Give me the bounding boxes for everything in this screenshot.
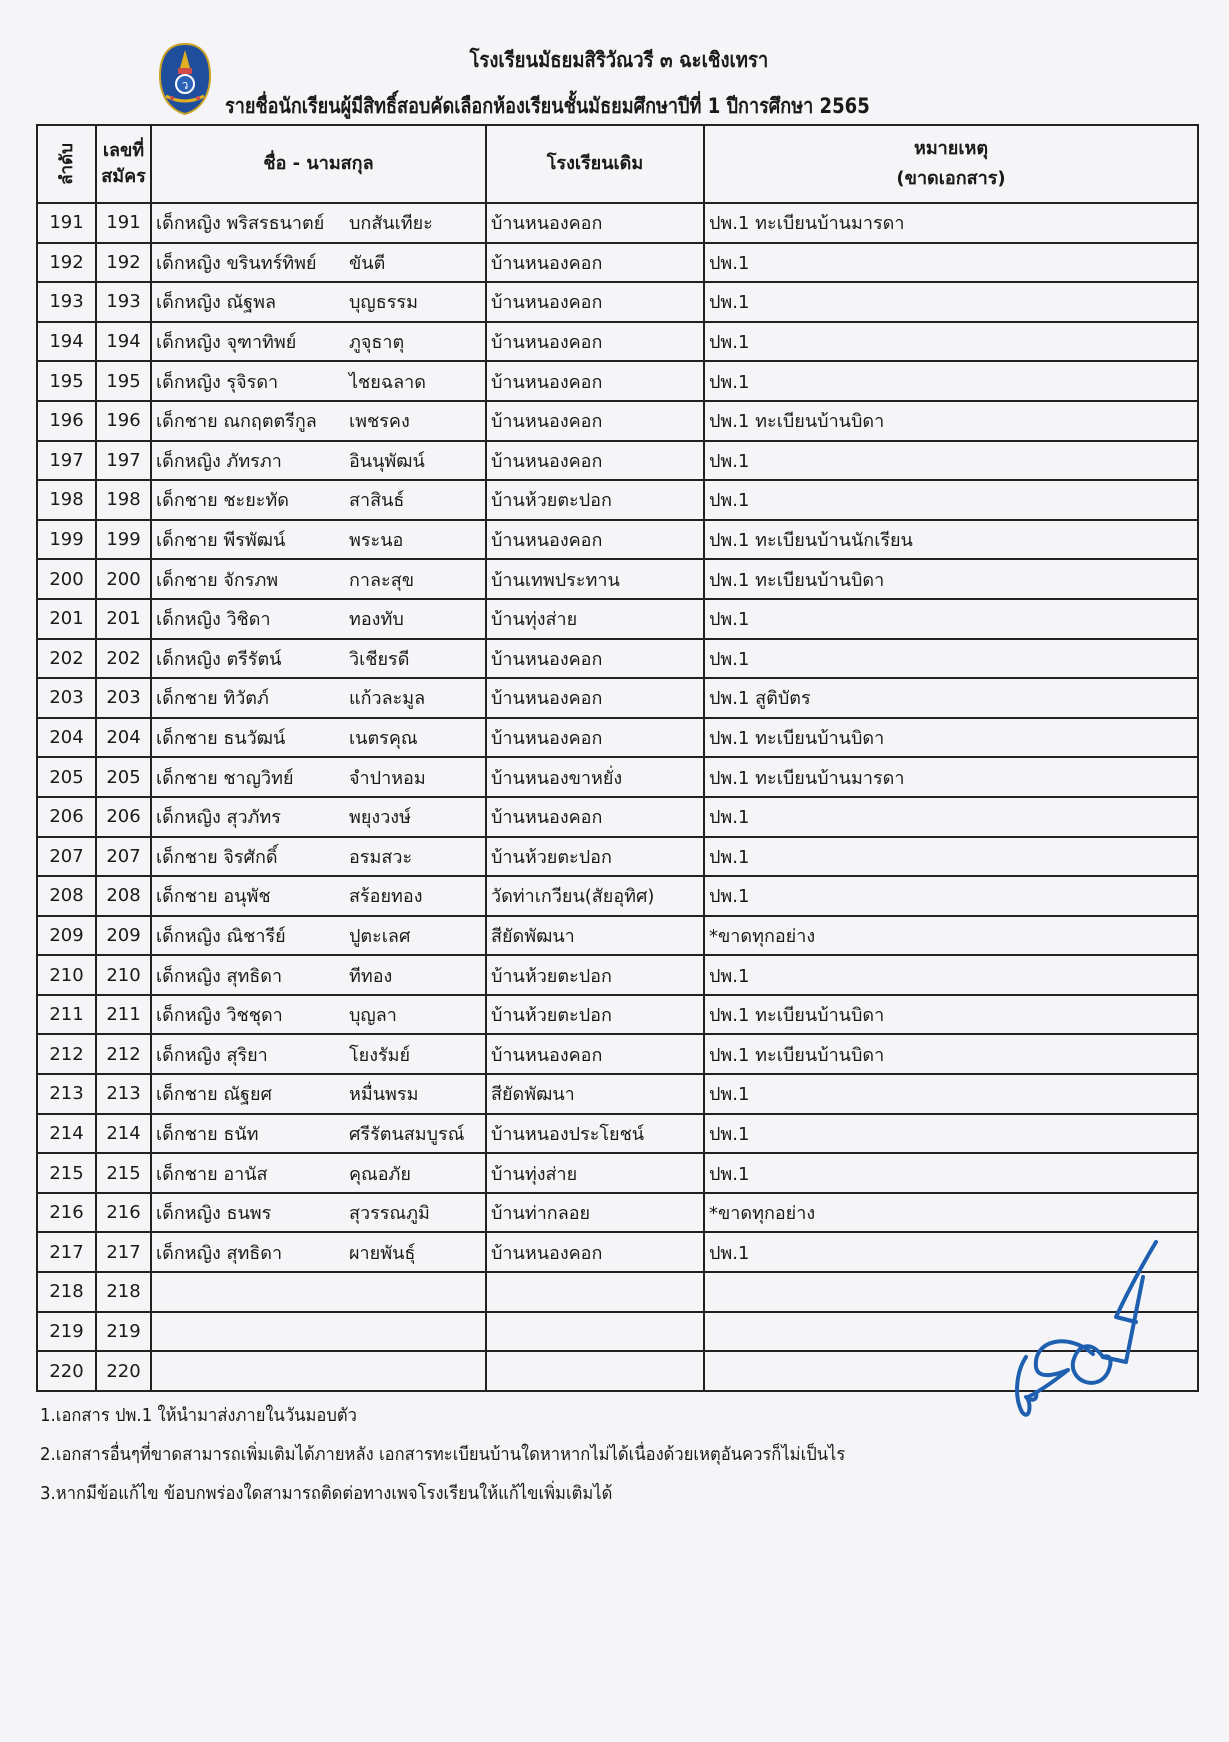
cell-application-no: 204 [96,718,151,758]
cell-note: ปพ.1 [704,837,1198,877]
cell-note: ปพ.1 [704,876,1198,916]
table-row: 215215เด็กชาย อานัสคุณอภัยบ้านทุ่งส่ายปพ… [37,1153,1198,1193]
last-name: ทองทับ [349,604,404,633]
cell-former-school: สียัดพัฒนา [486,916,704,956]
last-name: ไชยฉลาด [349,367,426,396]
last-name: บุญธรรม [349,287,418,316]
last-name: หมื่นพรม [349,1079,418,1108]
cell-application-no: 197 [96,441,151,481]
cell-application-no: 195 [96,361,151,401]
cell-name: เด็กชาย จิรศักดิ์อรมสวะ [151,837,486,877]
table-row: 216216เด็กหญิง ธนพรสุวรรณภูมิบ้านท่ากลอย… [37,1193,1198,1233]
table-row: 207207เด็กชาย จิรศักดิ์อรมสวะบ้านห้วยตะป… [37,837,1198,877]
first-name: เด็กหญิง สุทธิดา [156,961,349,990]
first-name: เด็กหญิง ขรินทร์ทิพย์ [156,248,349,277]
column-header-note: หมายเหตุ (ขาดเอกสาร) [704,125,1198,203]
last-name: อรมสวะ [349,842,412,871]
cell-former-school: บ้านเทพประทาน [486,559,704,599]
first-name: เด็กหญิง วิชชุดา [156,1000,349,1029]
cell-note: ปพ.1 [704,955,1198,995]
cell-note: ปพ.1 ทะเบียนบ้านมารดา [704,757,1198,797]
table-row: 213213เด็กชาย ณัฐยศหมื่นพรมสียัดพัฒนาปพ.… [37,1074,1198,1114]
cell-seq: 196 [37,401,96,441]
cell-application-no: 214 [96,1114,151,1154]
cell-note: ปพ.1 ทะเบียนบ้านบิดา [704,718,1198,758]
cell-former-school: บ้านทุ่งส่าย [486,599,704,639]
cell-note: ปพ.1 [704,322,1198,362]
cell-seq: 210 [37,955,96,995]
cell-seq: 197 [37,441,96,481]
table-row: 192192เด็กหญิง ขรินทร์ทิพย์ขันตีบ้านหนอง… [37,243,1198,283]
cell-seq: 206 [37,797,96,837]
cell-seq: 200 [37,559,96,599]
cell-seq: 209 [37,916,96,956]
cell-former-school: บ้านห้วยตะปอก [486,995,704,1035]
cell-seq: 208 [37,876,96,916]
cell-seq: 204 [37,718,96,758]
cell-former-school [486,1351,704,1391]
cell-note: ปพ.1 [704,282,1198,322]
cell-seq: 217 [37,1232,96,1272]
cell-application-no: 202 [96,639,151,679]
table-row: 202202เด็กหญิง ตรีรัตน์วิเชียรดีบ้านหนอง… [37,639,1198,679]
student-roster-table: ลำดับ เลขที่ สมัคร ชื่อ - นามสกุล โรงเรี… [36,124,1199,1392]
table-row: 210210เด็กหญิง สุทธิดาทีทองบ้านห้วยตะปอก… [37,955,1198,995]
cell-name: เด็กชาย พีรพัฒน์พระนอ [151,520,486,560]
cell-note: ปพ.1 [704,243,1198,283]
first-name: เด็กหญิง วิชิดา [156,604,349,633]
cell-name: เด็กชาย ชะยะทัดสาสินธ์ [151,480,486,520]
table-row: 203203เด็กชาย ทิวัตภ์แก้วละมูลบ้านหนองคอ… [37,678,1198,718]
last-name: สร้อยทอง [349,881,422,910]
cell-former-school: บ้านหนองคอก [486,401,704,441]
last-name: วิเชียรดี [349,644,409,673]
cell-name: เด็กชาย ธนวัฒน์เนตรคุณ [151,718,486,758]
cell-name [151,1272,486,1312]
cell-name [151,1312,486,1352]
column-header-application-no: เลขที่ สมัคร [96,125,151,203]
table-row: 197197เด็กหญิง ภัทรภาอินนุพัฒน์บ้านหนองค… [37,441,1198,481]
cell-note: ปพ.1 สูติบัตร [704,678,1198,718]
cell-application-no: 211 [96,995,151,1035]
first-name: เด็กชาย ชะยะทัด [156,485,349,514]
cell-former-school: บ้านหนองคอก [486,1034,704,1074]
footnote-3: 3.หากมีข้อแก้ไข ข้อบกพร่องใดสามารถติดต่อ… [40,1481,845,1520]
first-name: เด็กชาย จักรภพ [156,565,349,594]
cell-former-school: บ้านหนองคอก [486,441,704,481]
cell-note: ปพ.1 [704,1074,1198,1114]
cell-name: เด็กหญิง ตรีรัตน์วิเชียรดี [151,639,486,679]
cell-former-school: บ้านทุ่งส่าย [486,1153,704,1193]
cell-seq: 213 [37,1074,96,1114]
first-name: เด็กชาย อานัส [156,1159,349,1188]
school-name-title: โรงเรียนมัธยมสิริวัณวรี ๓ ฉะเชิงเทรา [74,44,1156,77]
cell-note: ปพ.1 [704,639,1198,679]
cell-note: *ขาดทุกอย่าง [704,1193,1198,1233]
cell-application-no: 213 [96,1074,151,1114]
first-name: เด็กหญิง สุริยา [156,1040,349,1069]
cell-former-school [486,1272,704,1312]
svg-text:ว: ว [182,78,189,92]
first-name: เด็กหญิง ณิชารีย์ [156,921,349,950]
table-row: 205205เด็กชาย ชาญวิทย์จำปาหอมบ้านหนองขาห… [37,757,1198,797]
cell-name: เด็กหญิง ภัทรภาอินนุพัฒน์ [151,441,486,481]
cell-name: เด็กชาย จักรภพกาละสุข [151,559,486,599]
footnote-2: 2.เอกสารอื่นๆที่ขาดสามารถเพิ่มเติมได้ภาย… [40,1442,845,1481]
cell-name: เด็กหญิง ณิชารีย์ปูตะเลศ [151,916,486,956]
last-name: อินนุพัฒน์ [349,446,425,475]
table-row: 206206เด็กหญิง สุวภัทรพยุงวงษ์บ้านหนองคอ… [37,797,1198,837]
cell-application-no: 192 [96,243,151,283]
cell-former-school: บ้านหนองคอก [486,797,704,837]
footnotes: 1.เอกสาร ปพ.1 ให้นำมาส่งภายในวันมอบตัว 2… [40,1403,915,1520]
cell-name [151,1351,486,1391]
cell-seq: 218 [37,1272,96,1312]
cell-former-school: บ้านหนองคอก [486,639,704,679]
cell-former-school: บ้านหนองคอก [486,282,704,322]
first-name: เด็กชาย ณัฐยศ [156,1079,349,1108]
cell-seq: 192 [37,243,96,283]
cell-note: ปพ.1 ทะเบียนบ้านบิดา [704,995,1198,1035]
cell-seq: 198 [37,480,96,520]
last-name: ผายพันธุ์ [349,1238,415,1267]
table-row: 212212เด็กหญิง สุริยาโยงรัมย์บ้านหนองคอก… [37,1034,1198,1074]
table-row: 196196เด็กชาย ณกฤตตรีกูลเพชรคงบ้านหนองคอ… [37,401,1198,441]
cell-name: เด็กหญิง วิชิดาทองทับ [151,599,486,639]
cell-seq: 194 [37,322,96,362]
cell-seq: 199 [37,520,96,560]
cell-seq: 201 [37,599,96,639]
cell-former-school: บ้านหนองคอก [486,243,704,283]
last-name: พระนอ [349,525,403,554]
cell-note: ปพ.1 [704,441,1198,481]
first-name: เด็กหญิง ธนพร [156,1198,349,1227]
first-name: เด็กชาย ชาญวิทย์ [156,763,349,792]
last-name: แก้วละมูล [349,683,425,712]
cell-note: *ขาดทุกอย่าง [704,916,1198,956]
cell-note: ปพ.1 [704,599,1198,639]
cell-former-school: บ้านท่ากลอย [486,1193,704,1233]
cell-name: เด็กหญิง สุริยาโยงรัมย์ [151,1034,486,1074]
cell-application-no: 212 [96,1034,151,1074]
cell-name: เด็กหญิง ขรินทร์ทิพย์ขันตี [151,243,486,283]
last-name: ทีทอง [349,961,392,990]
cell-application-no: 191 [96,203,151,243]
cell-former-school: บ้านหนองคอก [486,1232,704,1272]
cell-application-no: 205 [96,757,151,797]
table-row: 199199เด็กชาย พีรพัฒน์พระนอบ้านหนองคอกปพ… [37,520,1198,560]
first-name: เด็กหญิง ภัทรภา [156,446,349,475]
cell-former-school: บ้านหนองประโยชน์ [486,1114,704,1154]
cell-former-school: บ้านหนองคอก [486,203,704,243]
cell-application-no: 209 [96,916,151,956]
cell-former-school: บ้านห้วยตะปอก [486,480,704,520]
cell-application-no: 201 [96,599,151,639]
first-name: เด็กหญิง ตรีรัตน์ [156,644,349,673]
last-name: เพชรคง [349,406,410,435]
cell-note: ปพ.1 [704,361,1198,401]
last-name: ภูจุธาตุ [349,327,404,356]
first-name: เด็กชาย จิรศักดิ์ [156,842,349,871]
last-name: กาละสุข [349,565,414,594]
cell-name: เด็กชาย อนุพัชสร้อยทอง [151,876,486,916]
cell-name: เด็กหญิง วิชชุดาบุญลา [151,995,486,1035]
cell-application-no: 218 [96,1272,151,1312]
table-row: 193193เด็กหญิง ณัฐพลบุญธรรมบ้านหนองคอกปพ… [37,282,1198,322]
cell-note: ปพ.1 [704,797,1198,837]
cell-seq: 205 [37,757,96,797]
first-name: เด็กหญิง สุทธิดา [156,1238,349,1267]
cell-former-school: บ้านห้วยตะปอก [486,955,704,995]
cell-name: เด็กหญิง รุจิรดาไชยฉลาด [151,361,486,401]
table-row: 195195เด็กหญิง รุจิรดาไชยฉลาดบ้านหนองคอก… [37,361,1198,401]
cell-name: เด็กชาย อานัสคุณอภัย [151,1153,486,1193]
last-name: พยุงวงษ์ [349,802,411,831]
cell-seq: 219 [37,1312,96,1352]
cell-former-school: บ้านหนองคอก [486,322,704,362]
table-row: 209209เด็กหญิง ณิชารีย์ปูตะเลศสียัดพัฒนา… [37,916,1198,956]
cell-note: ปพ.1 ทะเบียนบ้านบิดา [704,1034,1198,1074]
cell-application-no: 206 [96,797,151,837]
last-name: ขันตี [349,248,385,277]
footnote-1: 1.เอกสาร ปพ.1 ให้นำมาส่งภายในวันมอบตัว [40,1403,845,1442]
table-row: 211211เด็กหญิง วิชชุดาบุญลาบ้านห้วยตะปอก… [37,995,1198,1035]
first-name: เด็กหญิง ณัฐพล [156,287,349,316]
first-name: เด็กชาย ธนวัฒน์ [156,723,349,752]
cell-name: เด็กหญิง สุทธิดาทีทอง [151,955,486,995]
cell-seq: 215 [37,1153,96,1193]
cell-seq: 214 [37,1114,96,1154]
document-subtitle: รายชื่อนักเรียนผู้มีสิทธิ์สอบคัดเลือกห้อ… [225,90,870,123]
cell-seq: 207 [37,837,96,877]
cell-note: ปพ.1 [704,1153,1198,1193]
column-header-former-school: โรงเรียนเดิม [486,125,704,203]
cell-name: เด็กชาย ชาญวิทย์จำปาหอม [151,757,486,797]
last-name: สุวรรณภูมิ [349,1198,430,1227]
last-name: ปูตะเลศ [349,921,410,950]
last-name: สาสินธ์ [349,485,404,514]
cell-application-no: 200 [96,559,151,599]
cell-seq: 203 [37,678,96,718]
cell-name: เด็กชาย ธนัทศรีรัตนสมบูรณ์ [151,1114,486,1154]
cell-name: เด็กชาย ณัฐยศหมื่นพรม [151,1074,486,1114]
last-name: โยงรัมย์ [349,1040,410,1069]
column-header-name: ชื่อ - นามสกุล [151,125,486,203]
cell-application-no: 199 [96,520,151,560]
cell-former-school: สียัดพัฒนา [486,1074,704,1114]
cell-application-no: 217 [96,1232,151,1272]
cell-application-no: 207 [96,837,151,877]
cell-seq: 202 [37,639,96,679]
first-name: เด็กชาย ณกฤตตรีกูล [156,406,349,435]
table-row: 201201เด็กหญิง วิชิดาทองทับบ้านทุ่งส่ายป… [37,599,1198,639]
cell-note: ปพ.1 [704,480,1198,520]
cell-application-no: 198 [96,480,151,520]
cell-seq: 191 [37,203,96,243]
cell-name: เด็กหญิง พริสรธนาตย์บกสันเทียะ [151,203,486,243]
last-name: เนตรคุณ [349,723,418,752]
last-name: ศรีรัตนสมบูรณ์ [349,1119,464,1148]
cell-name: เด็กหญิง สุวภัทรพยุงวงษ์ [151,797,486,837]
first-name: เด็กหญิง สุวภัทร [156,802,349,831]
cell-application-no: 220 [96,1351,151,1391]
cell-application-no: 210 [96,955,151,995]
cell-name: เด็กชาย ทิวัตภ์แก้วละมูล [151,678,486,718]
last-name: บุญลา [349,1000,397,1029]
table-row: 200200เด็กชาย จักรภพกาละสุขบ้านเทพประทาน… [37,559,1198,599]
cell-former-school: วัดท่าเกวียน(สัยอุทิศ) [486,876,704,916]
cell-former-school [486,1312,704,1352]
first-name: เด็กหญิง จุฑาทิพย์ [156,327,349,356]
cell-former-school: บ้านหนองคอก [486,718,704,758]
cell-former-school: บ้านหนองคอก [486,678,704,718]
cell-application-no: 196 [96,401,151,441]
cell-name: เด็กหญิง จุฑาทิพย์ภูจุธาตุ [151,322,486,362]
cell-seq: 211 [37,995,96,1035]
cell-seq: 193 [37,282,96,322]
first-name: เด็กชาย พีรพัฒน์ [156,525,349,554]
column-header-seq: ลำดับ [37,125,96,203]
cell-application-no: 203 [96,678,151,718]
cell-former-school: บ้านหนองคอก [486,520,704,560]
cell-name: เด็กหญิง สุทธิดาผายพันธุ์ [151,1232,486,1272]
last-name: จำปาหอม [349,763,426,792]
last-name: คุณอภัย [349,1159,411,1188]
table-row: 208208เด็กชาย อนุพัชสร้อยทองวัดท่าเกวียน… [37,876,1198,916]
cell-seq: 195 [37,361,96,401]
cell-former-school: บ้านห้วยตะปอก [486,837,704,877]
table-row: 194194เด็กหญิง จุฑาทิพย์ภูจุธาตุบ้านหนอง… [37,322,1198,362]
handwritten-signature-icon [998,1232,1168,1432]
cell-former-school: บ้านหนองขาหยั่ง [486,757,704,797]
cell-application-no: 194 [96,322,151,362]
cell-former-school: บ้านหนองคอก [486,361,704,401]
cell-name: เด็กชาย ณกฤตตรีกูลเพชรคง [151,401,486,441]
first-name: เด็กชาย อนุพัช [156,881,349,910]
cell-application-no: 193 [96,282,151,322]
table-header-row: ลำดับ เลขที่ สมัคร ชื่อ - นามสกุล โรงเรี… [37,125,1198,203]
table-row: 191191เด็กหญิง พริสรธนาตย์บกสันเทียะบ้าน… [37,203,1198,243]
cell-application-no: 208 [96,876,151,916]
cell-name: เด็กหญิง ณัฐพลบุญธรรม [151,282,486,322]
first-name: เด็กหญิง รุจิรดา [156,367,349,396]
cell-note: ปพ.1 [704,1114,1198,1154]
cell-application-no: 216 [96,1193,151,1233]
cell-seq: 220 [37,1351,96,1391]
table-row: 204204เด็กชาย ธนวัฒน์เนตรคุณบ้านหนองคอกป… [37,718,1198,758]
last-name: บกสันเทียะ [349,208,433,237]
cell-note: ปพ.1 ทะเบียนบ้านบิดา [704,559,1198,599]
cell-application-no: 219 [96,1312,151,1352]
first-name: เด็กชาย ธนัท [156,1119,349,1148]
table-row: 214214เด็กชาย ธนัทศรีรัตนสมบูรณ์บ้านหนอง… [37,1114,1198,1154]
cell-seq: 212 [37,1034,96,1074]
cell-seq: 216 [37,1193,96,1233]
cell-note: ปพ.1 ทะเบียนบ้านบิดา [704,401,1198,441]
cell-name: เด็กหญิง ธนพรสุวรรณภูมิ [151,1193,486,1233]
cell-note: ปพ.1 ทะเบียนบ้านนักเรียน [704,520,1198,560]
first-name: เด็กชาย ทิวัตภ์ [156,683,349,712]
cell-note: ปพ.1 ทะเบียนบ้านมารดา [704,203,1198,243]
cell-application-no: 215 [96,1153,151,1193]
first-name: เด็กหญิง พริสรธนาตย์ [156,208,349,237]
table-row: 198198เด็กชาย ชะยะทัดสาสินธ์บ้านห้วยตะปอ… [37,480,1198,520]
